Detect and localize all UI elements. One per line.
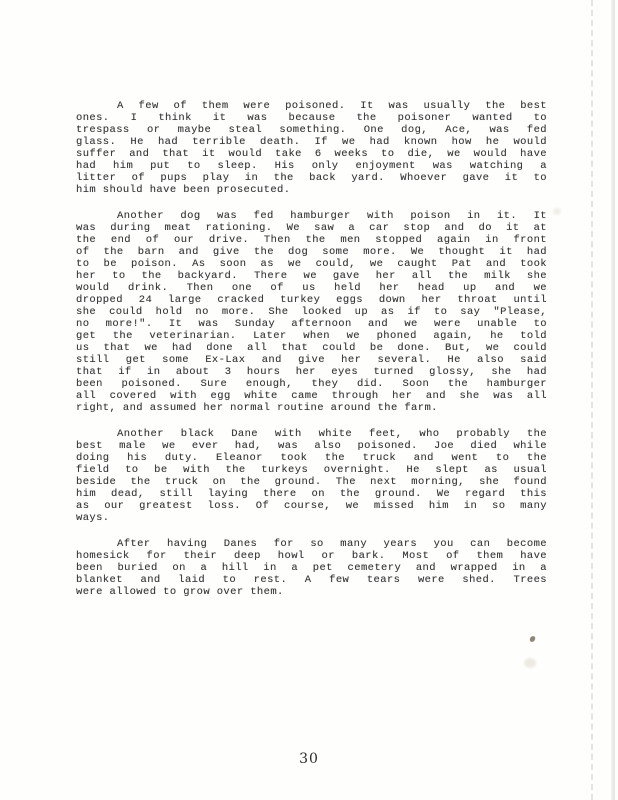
scanned-document-page: A few of them were poisoned. It was usua… [0,0,618,800]
text-line: that if in about 3 hours her eyes turned… [76,366,547,378]
scan-artifact-smudge [524,658,536,668]
page-number: 30 [0,751,618,767]
text-line: dropped 24 large cracked turkey eggs dow… [76,294,547,306]
text-line: suffer and that it would take 6 weeks to… [76,148,547,160]
text-line: still get some Ex-Lax and give her sever… [76,354,547,366]
text-line: litter of pups play in the back yard. Wh… [76,172,547,184]
scan-artifact-edge-shadow [611,0,615,800]
text-line: him dead, still laying there on the grou… [76,488,547,500]
text-line: A few of them were poisoned. It was usua… [117,100,547,112]
text-line: field to be with the turkeys overnight. … [76,464,547,476]
text-line: glass. He had terrible death. If we had … [76,136,547,148]
text-line: ones. I think it was because the poisone… [76,112,547,124]
scan-artifact-smudge [553,208,561,215]
scan-artifact-dashed-line [591,0,593,800]
text-line: would drink. Then one of us held her hea… [76,282,547,294]
text-line: was during meat rationing. We saw a car … [76,222,547,234]
paragraph-1: A few of them were poisoned. It was usua… [76,100,547,196]
text-line: get the veterinarian. Later when we phon… [76,330,547,342]
text-line: the end of our drive. Then the men stopp… [76,234,547,246]
text-line: she could hold no more. She looked up as… [76,306,547,318]
text-line: right, and assumed her normal routine ar… [76,402,547,414]
text-line: been buried on a hill in a pet cemetery … [76,562,547,574]
paragraph-4: After having Danes for so many years you… [76,538,547,598]
paragraph-3: Another black Dane with white feet, who … [76,428,547,524]
text-line: us that we had done all that could be do… [76,342,547,354]
typewritten-text-block: A few of them were poisoned. It was usua… [76,100,547,612]
text-line: ways. [76,512,547,524]
text-line: as our greatest loss. Of course, we miss… [76,500,547,512]
paragraph-2: Another dog was fed hamburger with poiso… [76,210,547,414]
text-line: were allowed to grow over them. [76,586,547,598]
text-line: beside the truck on the ground. The next… [76,476,547,488]
text-line: homesick for their deep howl or bark. Mo… [76,550,547,562]
text-line: to be poison. As soon as we could, we ca… [76,258,547,270]
text-line: been poisoned. Sure enough, they did. So… [76,378,547,390]
text-line: no more!". It was Sunday afternoon and w… [76,318,547,330]
text-line: of the barn and give the dog some more. … [76,246,547,258]
text-line: blanket and laid to rest. A few tears we… [76,574,547,586]
text-line: all covered with egg white came through … [76,390,547,402]
text-line: doing his duty. Eleanor took the truck a… [76,452,547,464]
text-line: trespass or maybe steal something. One d… [76,124,547,136]
text-line: best male we ever had, was also poisoned… [76,440,547,452]
text-line: had him put to sleep. His only enjoyment… [76,160,547,172]
scan-artifact-speck [529,635,536,642]
text-line: Another dog was fed hamburger with poiso… [117,210,547,222]
text-line: Another black Dane with white feet, who … [117,428,547,440]
text-line: After having Danes for so many years you… [117,538,547,550]
text-line: her to the backyard. There we gave her a… [76,270,547,282]
text-line: him should have been prosecuted. [76,184,547,196]
